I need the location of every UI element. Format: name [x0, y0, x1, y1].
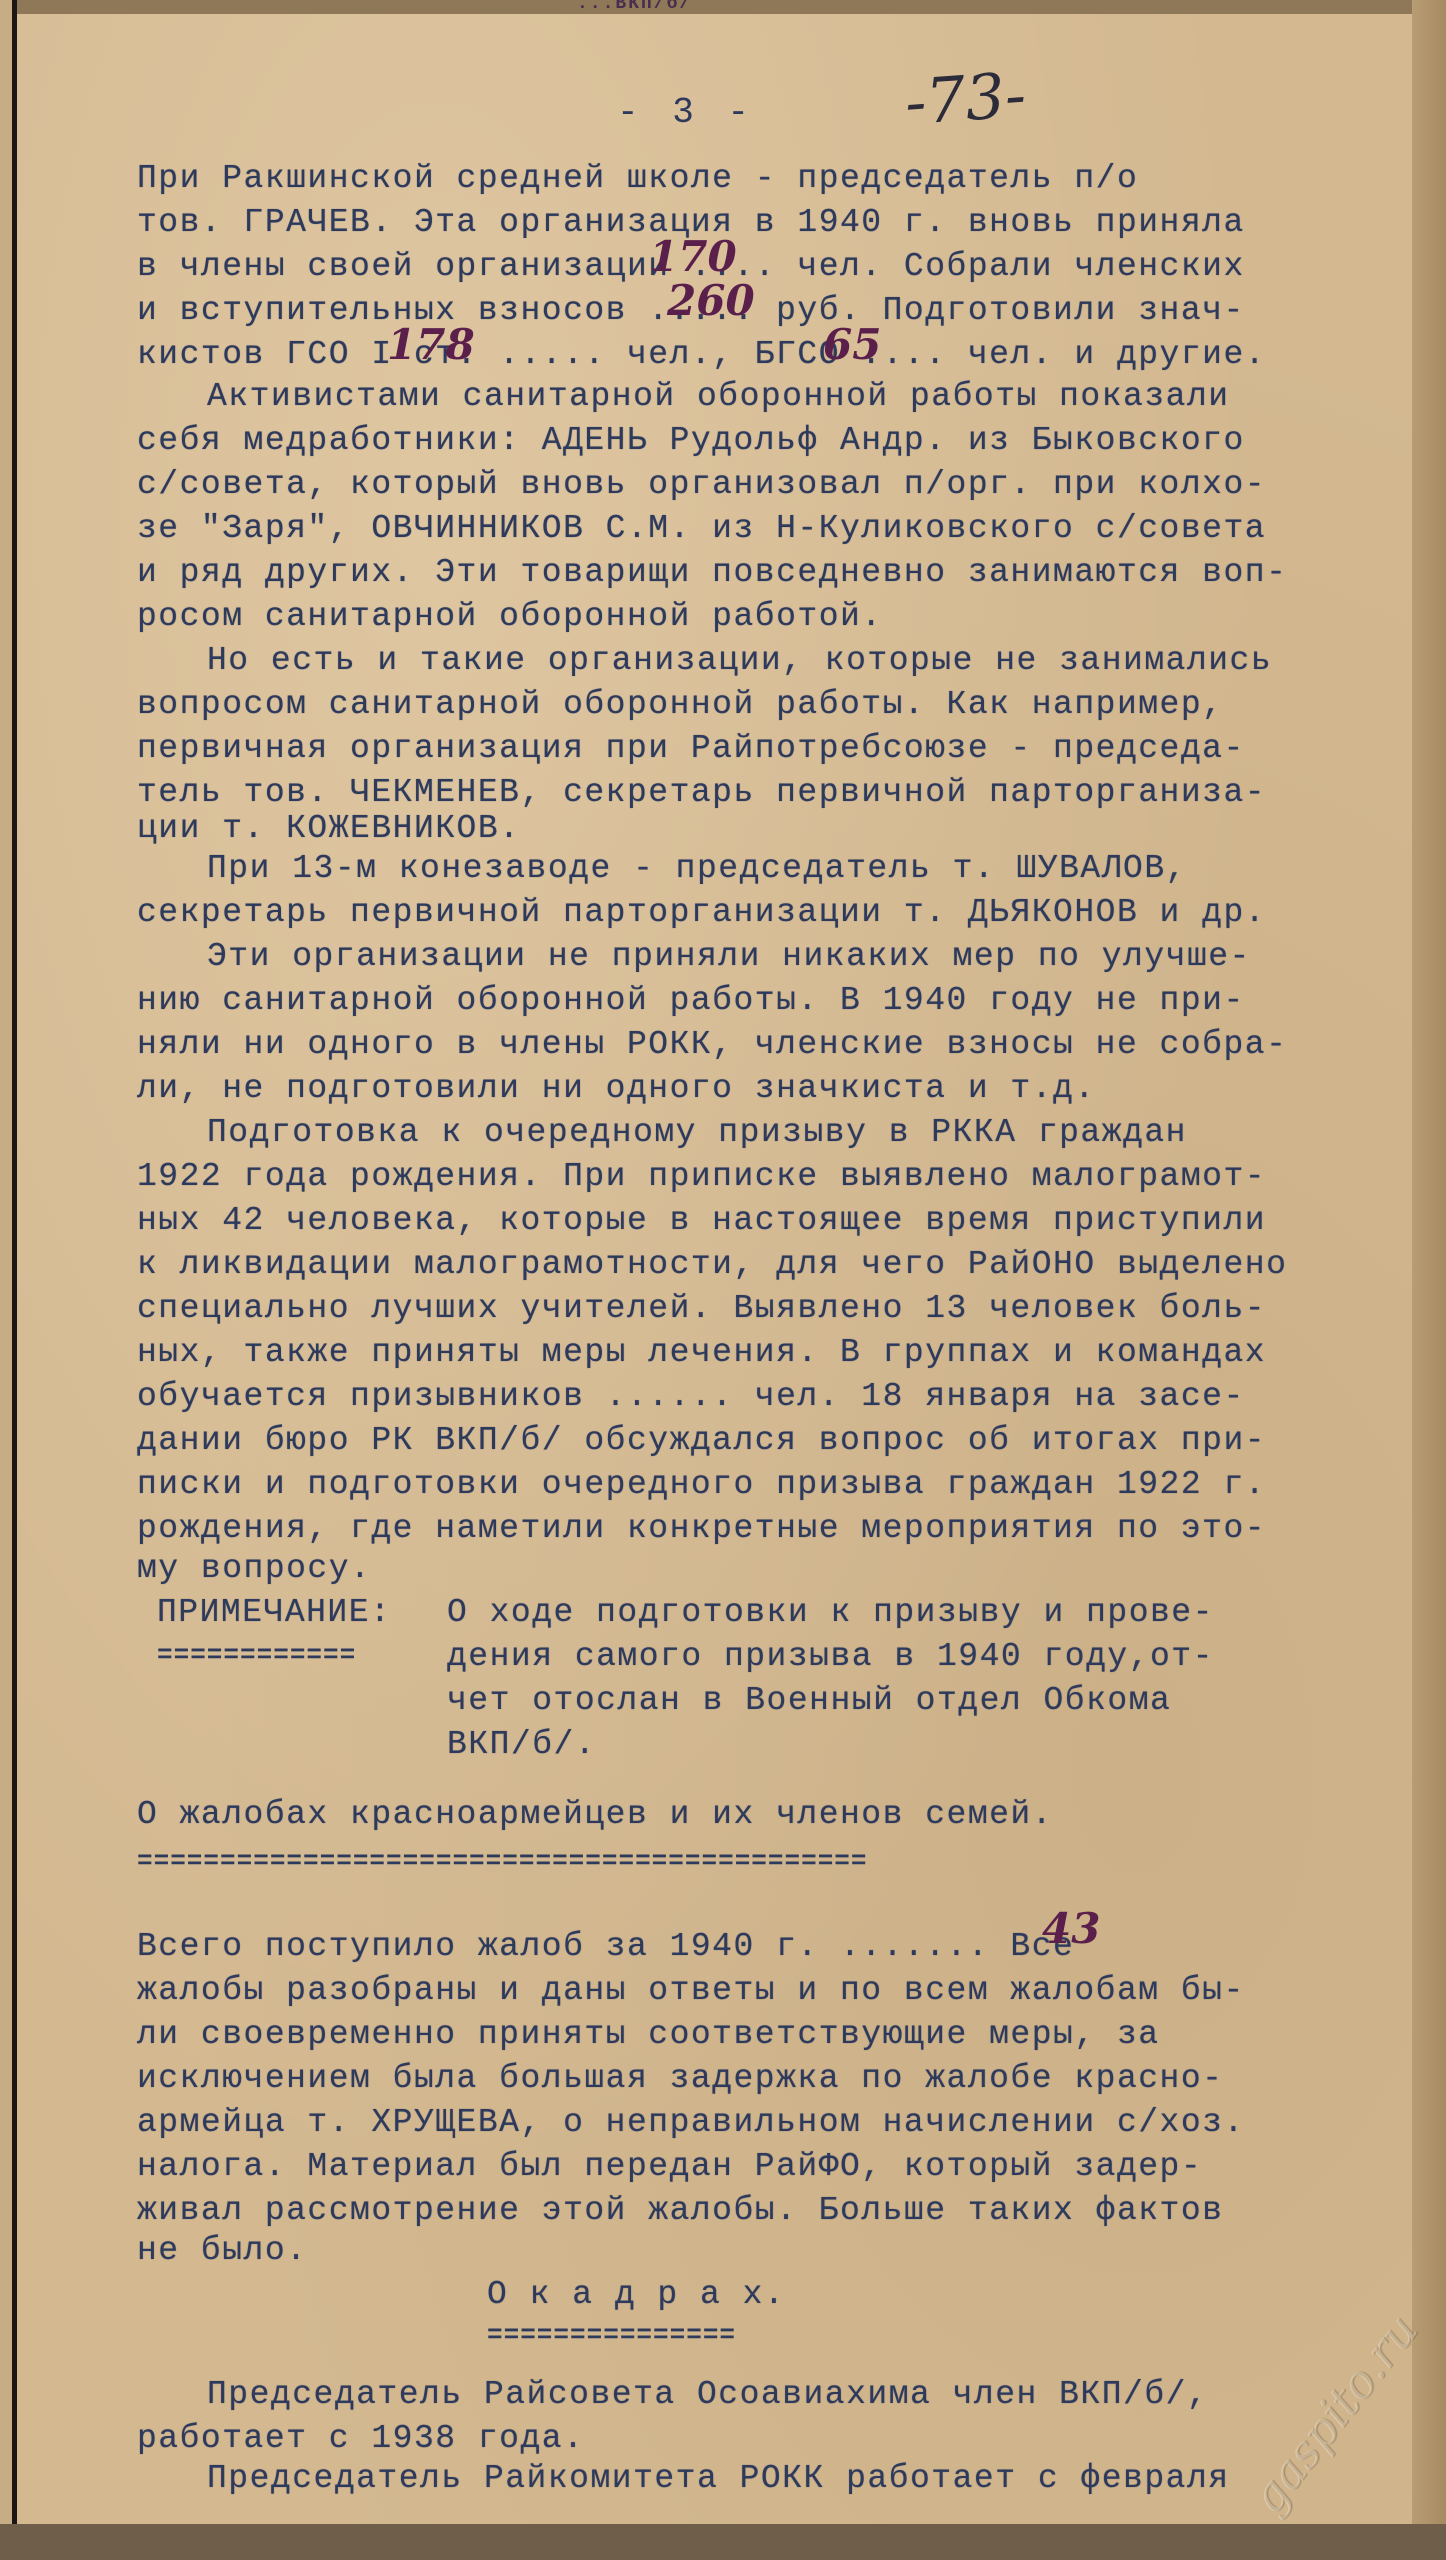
note-label: ПРИМЕЧАНИЕ: — [157, 1594, 391, 1631]
text-line: с/совета, который вновь организовал п/ор… — [137, 466, 1266, 503]
text-line: не было. — [137, 2232, 307, 2269]
archive-sheet-number: -73- — [903, 58, 1029, 139]
text-line: живал рассмотрение этой жалобы. Больше т… — [137, 2192, 1223, 2229]
handwritten-complaints-count: 43 — [1042, 1904, 1100, 1953]
text-line: Председатель Райсовета Осоавиахима член … — [207, 2376, 1208, 2413]
text-line: и ряд других. Эти товарищи повседневно з… — [137, 554, 1287, 591]
text-line: армейца т. ХРУЩЕВА, о неправильном начис… — [137, 2104, 1245, 2141]
text-line: тель тов. ЧЕКМЕНЕВ, секретарь первичной … — [137, 774, 1266, 811]
text-line: ции т. КОЖЕВНИКОВ. — [137, 810, 520, 847]
text-line: няли ни одного в члены РОКК, членские вз… — [137, 1026, 1287, 1063]
text-line: к ликвидации малограмотности, для чего Р… — [137, 1246, 1287, 1283]
text-line: При Ракшинской средней школе - председат… — [137, 160, 1138, 197]
text-line: первичная организация при Райпотребсоюзе… — [137, 730, 1245, 767]
section-heading-complaints: О жалобах красноармейцев и их членов сем… — [137, 1796, 1053, 1833]
text-line: рождения, где наметили конкретные меропр… — [137, 1510, 1266, 1547]
text-line: Эти организации не приняли никаких мер п… — [207, 938, 1251, 975]
note-line: ВКП/б/. — [447, 1726, 596, 1763]
handwritten-new-members: 170 — [649, 232, 737, 281]
text-line: ли, не подготовили ни одного значкиста и… — [137, 1070, 1096, 1107]
text-line: налога. Материал был передан РайФО, кото… — [137, 2148, 1202, 2185]
page-number: - 3 - — [617, 92, 755, 133]
handwritten-gso-count: 178 — [387, 320, 475, 369]
text-line: ных 42 человека, которые в настоящее вре… — [137, 1202, 1266, 1239]
text-line: дании бюро РК ВКП/б/ обсуждался вопрос о… — [137, 1422, 1266, 1459]
text-line: обучается призывников ...... чел. 18 янв… — [137, 1378, 1245, 1415]
right-page-edge — [1412, 0, 1446, 2560]
text-line: нию санитарной оборонной работы. В 1940 … — [137, 982, 1245, 1019]
text-line: кистов ГСО I ст. ..... чел., БГСО .... ч… — [137, 336, 1266, 373]
text-line: ли своевременно приняты соответствующие … — [137, 2016, 1160, 2053]
note-label-underline: ============ — [157, 1640, 356, 1670]
text-line: вопросом санитарной оборонной работы. Ка… — [137, 686, 1223, 723]
note-line: О ходе подготовки к призыву и прове- — [447, 1594, 1214, 1631]
bottom-page-edge — [0, 2524, 1446, 2560]
handwritten-fees: 260 — [667, 276, 755, 325]
text-line: Всего поступило жалоб за 1940 г. .......… — [137, 1928, 1074, 1965]
text-line: зе "Заря", ОВЧИННИКОВ С.М. из Н-Куликовс… — [137, 510, 1266, 547]
previous-page-edge: ...ВКП/б/ — [17, 0, 1446, 14]
section-heading-cadres: О к а д р а х. — [487, 2276, 785, 2313]
text-line: Но есть и такие организации, которые не … — [207, 642, 1272, 679]
note-line: дения самого призыва в 1940 году,от- — [447, 1638, 1214, 1675]
text-line: му вопросу. — [137, 1550, 371, 1587]
text-line: секретарь первичной парторганизации т. Д… — [137, 894, 1266, 931]
text-line: работает с 1938 года. — [137, 2420, 584, 2457]
note-line: чет отослан в Военный отдел Обкома — [447, 1682, 1171, 1719]
document-page: - 3 - -73- При Ракшинской средней школе … — [17, 14, 1419, 2524]
text-line: росом санитарной оборонной работой. — [137, 598, 883, 635]
text-line: писки и подготовки очередного призыва гр… — [137, 1466, 1266, 1503]
text-line: жалобы разобраны и даны ответы и по всем… — [137, 1972, 1245, 2009]
text-line: Подготовка к очередному призыву в РККА г… — [207, 1114, 1187, 1151]
text-line: себя медработники: АДЕНЬ Рудольф Андр. и… — [137, 422, 1245, 459]
text-line: 1922 года рождения. При приписке выявлен… — [137, 1158, 1266, 1195]
text-line: При 13-м конезаводе - председатель т. ШУ… — [207, 850, 1187, 887]
text-line: исключением была большая задержка по жал… — [137, 2060, 1223, 2097]
text-line: Активистами санитарной оборонной работы … — [207, 378, 1230, 415]
section-heading-cadres-underline: =============== — [487, 2320, 736, 2350]
text-line: Председатель Райкомитета РОКК работает с… — [207, 2460, 1230, 2497]
handwritten-bgso-count: 65 — [823, 320, 881, 369]
text-line: специально лучших учителей. Выявлено 13 … — [137, 1290, 1266, 1327]
section-heading-underline: ========================================… — [137, 1846, 868, 1876]
previous-page-text: ...ВКП/б/ — [577, 0, 692, 14]
text-line: ных, также приняты меры лечения. В групп… — [137, 1334, 1266, 1371]
left-margin-strip — [0, 0, 12, 2560]
